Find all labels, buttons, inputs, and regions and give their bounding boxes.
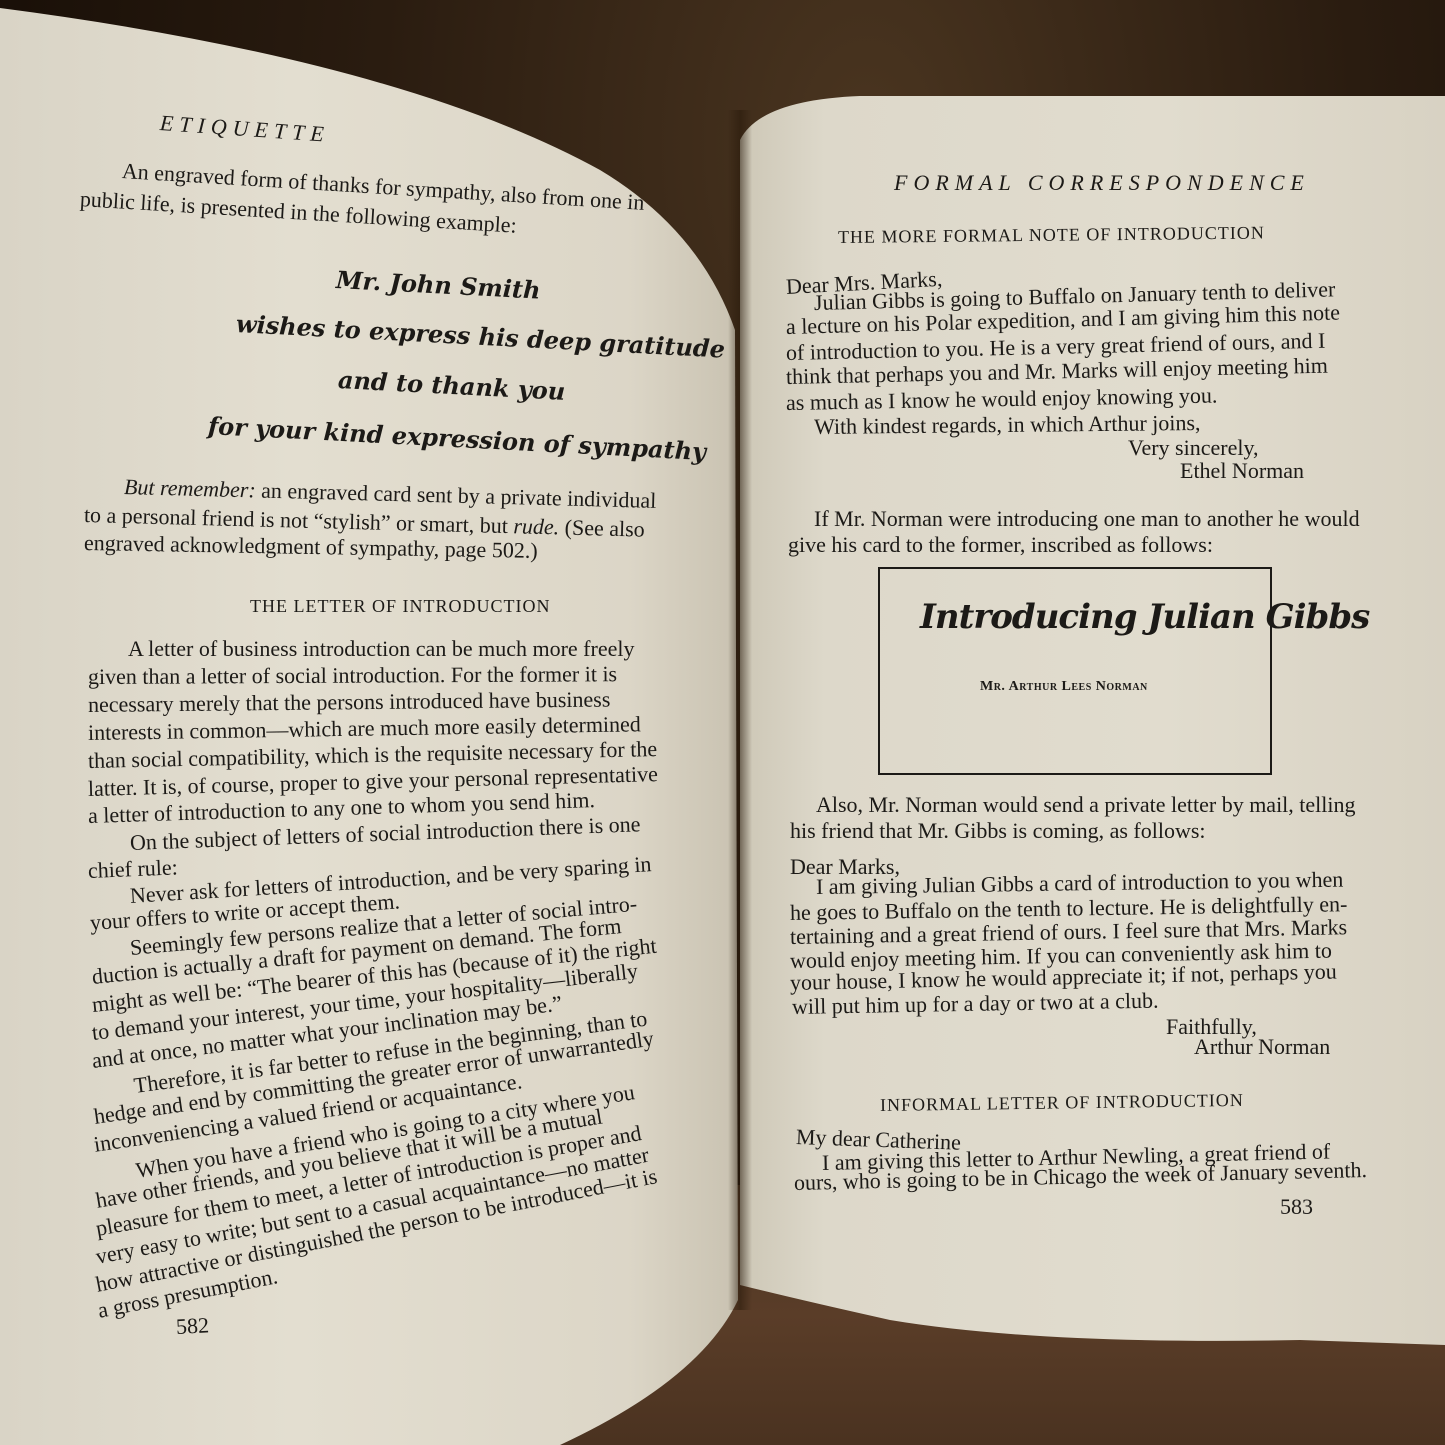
remember-lead: But remember: [124, 474, 256, 502]
card-intro-line: If Mr. Norman were introducing one man t… [814, 508, 1360, 530]
body-line: necessary merely that the persons introd… [88, 689, 611, 716]
body-line: A letter of business introduction can be… [128, 638, 634, 660]
remember-line: engraved acknowledgment of sympathy, pag… [84, 532, 538, 562]
body-line: given than a letter of social introducti… [88, 663, 617, 688]
section-heading: THE LETTER OF INTRODUCTION [250, 597, 550, 615]
engraved-card-line: for your kind expression of sympathy [207, 414, 706, 464]
section-heading: INFORMAL LETTER OF INTRODUCTION [880, 1091, 1244, 1114]
card-printed-name: Mr. Arthur Lees Norman [980, 679, 1148, 695]
running-head-left: ETIQUETTE [159, 112, 330, 146]
engraved-card-line: Mr. John Smith [335, 268, 541, 303]
page-number-left: 582 [175, 1314, 209, 1338]
page-number-right: 583 [1280, 1196, 1313, 1218]
letter-signature: Arthur Norman [1194, 1036, 1330, 1058]
mail-intro-line: his friend that Mr. Gibbs is coming, as … [790, 820, 1206, 842]
book-gutter [728, 110, 752, 1310]
section-heading: THE MORE FORMAL NOTE OF INTRODUCTION [838, 224, 1265, 246]
card-intro-line: give his card to the former, inscribed a… [788, 534, 1213, 556]
body-line: chief rule: [88, 856, 179, 882]
handwritten-inscription: Introducing Julian Gibbs [920, 597, 1369, 637]
letter-signature: Ethel Norman [1180, 460, 1304, 482]
engraved-card-line: and to thank you [337, 368, 565, 404]
letter-closing: Very sincerely, [1128, 437, 1259, 459]
engraved-card-line: wishes to express his deep gratitude [235, 312, 725, 362]
left-page: ETIQUETTE An engraved form of thanks for… [0, 0, 738, 1445]
running-head-right: FORMAL CORRESPONDENCE [894, 172, 1310, 194]
mail-intro-line: Also, Mr. Norman would send a private le… [816, 794, 1356, 816]
calling-card: Introducing Julian Gibbs Mr. Arthur Lees… [878, 567, 1272, 775]
